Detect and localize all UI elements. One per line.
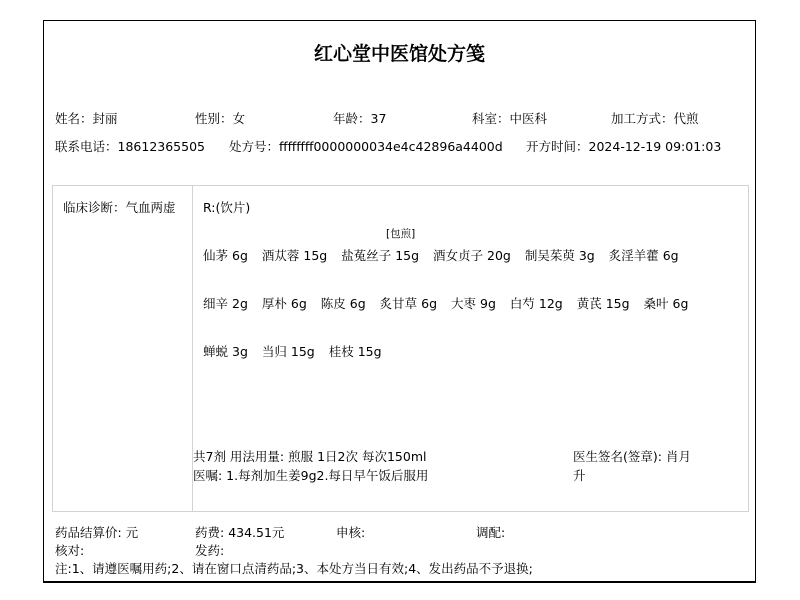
diagnosis: 临床诊断：气血两虚 bbox=[63, 198, 176, 216]
patient-gender-label: 性别： bbox=[195, 111, 233, 126]
phone-label: 联系电话： bbox=[55, 139, 118, 154]
herb-item: 桂枝 15g bbox=[329, 344, 382, 359]
herb-item: 大枣 9g bbox=[451, 296, 496, 311]
department-value: 中医科 bbox=[510, 111, 548, 126]
herb-item: 桑叶 6g bbox=[644, 296, 689, 311]
herb-item: 仙茅 6g bbox=[203, 248, 248, 263]
herb-item: 炙淫羊藿 6g bbox=[609, 248, 679, 263]
settle-price: 药品结算价: 元 bbox=[55, 523, 138, 541]
dispense-field: 调配: bbox=[476, 523, 505, 541]
footer-row-1: 药品结算价: 元 药费: 434.51元 申核: 调配: bbox=[55, 523, 745, 539]
herb-item: 酒苁蓉 15g bbox=[262, 248, 327, 263]
decoction-note: [包煎] bbox=[386, 226, 415, 241]
patient-name-value: 封丽 bbox=[93, 111, 118, 126]
patient-age-field: 年龄：37 bbox=[333, 109, 386, 127]
rx-time-label: 开方时间： bbox=[526, 139, 589, 154]
department-label: 科室： bbox=[472, 111, 510, 126]
issue-field: 发药: bbox=[195, 541, 224, 559]
herb-item: 蝉蜕 3g bbox=[203, 344, 248, 359]
footer-row-2: 核对: 发药: bbox=[55, 541, 745, 557]
herb-item: 盐菟丝子 15g bbox=[341, 248, 419, 263]
patient-name-label: 姓名： bbox=[55, 111, 93, 126]
doctor-signature-label: 医生签名(签章): bbox=[573, 449, 666, 464]
doctor-advice: 医嘱: 1.每剂加生姜9g2.每日早午饭后服用 bbox=[193, 466, 428, 484]
herb-item: 细辛 2g bbox=[203, 296, 248, 311]
rx-type: R:(饮片) bbox=[203, 198, 250, 216]
department-field: 科室：中医科 bbox=[472, 109, 547, 127]
phone-field: 联系电话：18612365505 bbox=[55, 137, 205, 155]
herb-item: 炙甘草 6g bbox=[380, 296, 437, 311]
prescription-box: 临床诊断：气血两虚 R:(饮片) [包煎] 仙茅 6g 酒苁蓉 15g 盐菟丝子… bbox=[52, 185, 749, 512]
patient-gender-field: 性别：女 bbox=[195, 109, 245, 127]
drug-fee: 药费: 434.51元 bbox=[195, 523, 284, 541]
herb-item: 当归 15g bbox=[262, 344, 315, 359]
footer-notes: 注:1、请遵医嘱用药;2、请在窗口点清药品;3、本处方当日有效;4、发出药品不予… bbox=[55, 559, 745, 575]
diagnosis-column: 临床诊断：气血两虚 bbox=[53, 186, 193, 511]
patient-age-label: 年龄： bbox=[333, 111, 371, 126]
patient-gender-value: 女 bbox=[233, 111, 246, 126]
diagnosis-label: 临床诊断： bbox=[63, 200, 126, 215]
review-field: 申核: bbox=[336, 523, 365, 541]
processing-value: 代煎 bbox=[674, 111, 699, 126]
rx-number-label: 处方号： bbox=[229, 139, 279, 154]
herb-item: 陈皮 6g bbox=[321, 296, 366, 311]
doctor-signature: 医生签名(签章): 肖月升 bbox=[573, 447, 703, 485]
herb-line-1: 仙茅 6g 酒苁蓉 15g 盐菟丝子 15g 酒女贞子 20g 制吴茱萸 3g … bbox=[203, 246, 689, 264]
drug-fee-value: 434.51元 bbox=[228, 525, 284, 540]
processing-label: 加工方式： bbox=[611, 111, 674, 126]
rx-number-field: 处方号：ffffffff0000000034e4c42896a4400d bbox=[229, 137, 503, 155]
phone-value: 18612365505 bbox=[118, 139, 205, 154]
rx-time-field: 开方时间：2024-12-19 09:01:03 bbox=[526, 137, 721, 155]
herb-item: 酒女贞子 20g bbox=[433, 248, 511, 263]
usage-instructions: 共7剂 用法用量: 煎服 1日2次 每次150ml bbox=[193, 447, 426, 465]
patient-age-value: 37 bbox=[371, 111, 387, 126]
check-field: 核对: bbox=[55, 541, 84, 559]
prescription-column: R:(饮片) [包煎] 仙茅 6g 酒苁蓉 15g 盐菟丝子 15g 酒女贞子 … bbox=[193, 186, 748, 511]
rx-number-value: ffffffff0000000034e4c42896a4400d bbox=[279, 139, 503, 154]
herb-item: 白芍 12g bbox=[510, 296, 563, 311]
herb-item: 厚朴 6g bbox=[262, 296, 307, 311]
patient-info-row-2: 联系电话：18612365505 处方号：ffffffff0000000034e… bbox=[55, 137, 745, 153]
processing-field: 加工方式：代煎 bbox=[611, 109, 699, 127]
page-title: 红心堂中医馆处方笺 bbox=[44, 39, 755, 66]
herb-line-3: 蝉蜕 3g 当归 15g 桂枝 15g bbox=[203, 342, 392, 360]
rx-time-value: 2024-12-19 09:01:03 bbox=[589, 139, 722, 154]
patient-name-field: 姓名：封丽 bbox=[55, 109, 118, 127]
diagnosis-value: 气血两虚 bbox=[126, 200, 176, 215]
drug-fee-label: 药费: bbox=[195, 525, 228, 540]
patient-info-row-1: 姓名：封丽 性别：女 年龄：37 科室：中医科 加工方式：代煎 bbox=[55, 109, 745, 125]
herb-item: 黄芪 15g bbox=[577, 296, 630, 311]
herb-item: 制吴茱萸 3g bbox=[525, 248, 595, 263]
prescription-sheet: 红心堂中医馆处方笺 姓名：封丽 性别：女 年龄：37 科室：中医科 加工方式：代… bbox=[43, 20, 756, 583]
notes-text: 注:1、请遵医嘱用药;2、请在窗口点清药品;3、本处方当日有效;4、发出药品不予… bbox=[55, 559, 533, 577]
herb-line-2: 细辛 2g 厚朴 6g 陈皮 6g 炙甘草 6g 大枣 9g 白芍 12g 黄芪… bbox=[203, 294, 698, 312]
